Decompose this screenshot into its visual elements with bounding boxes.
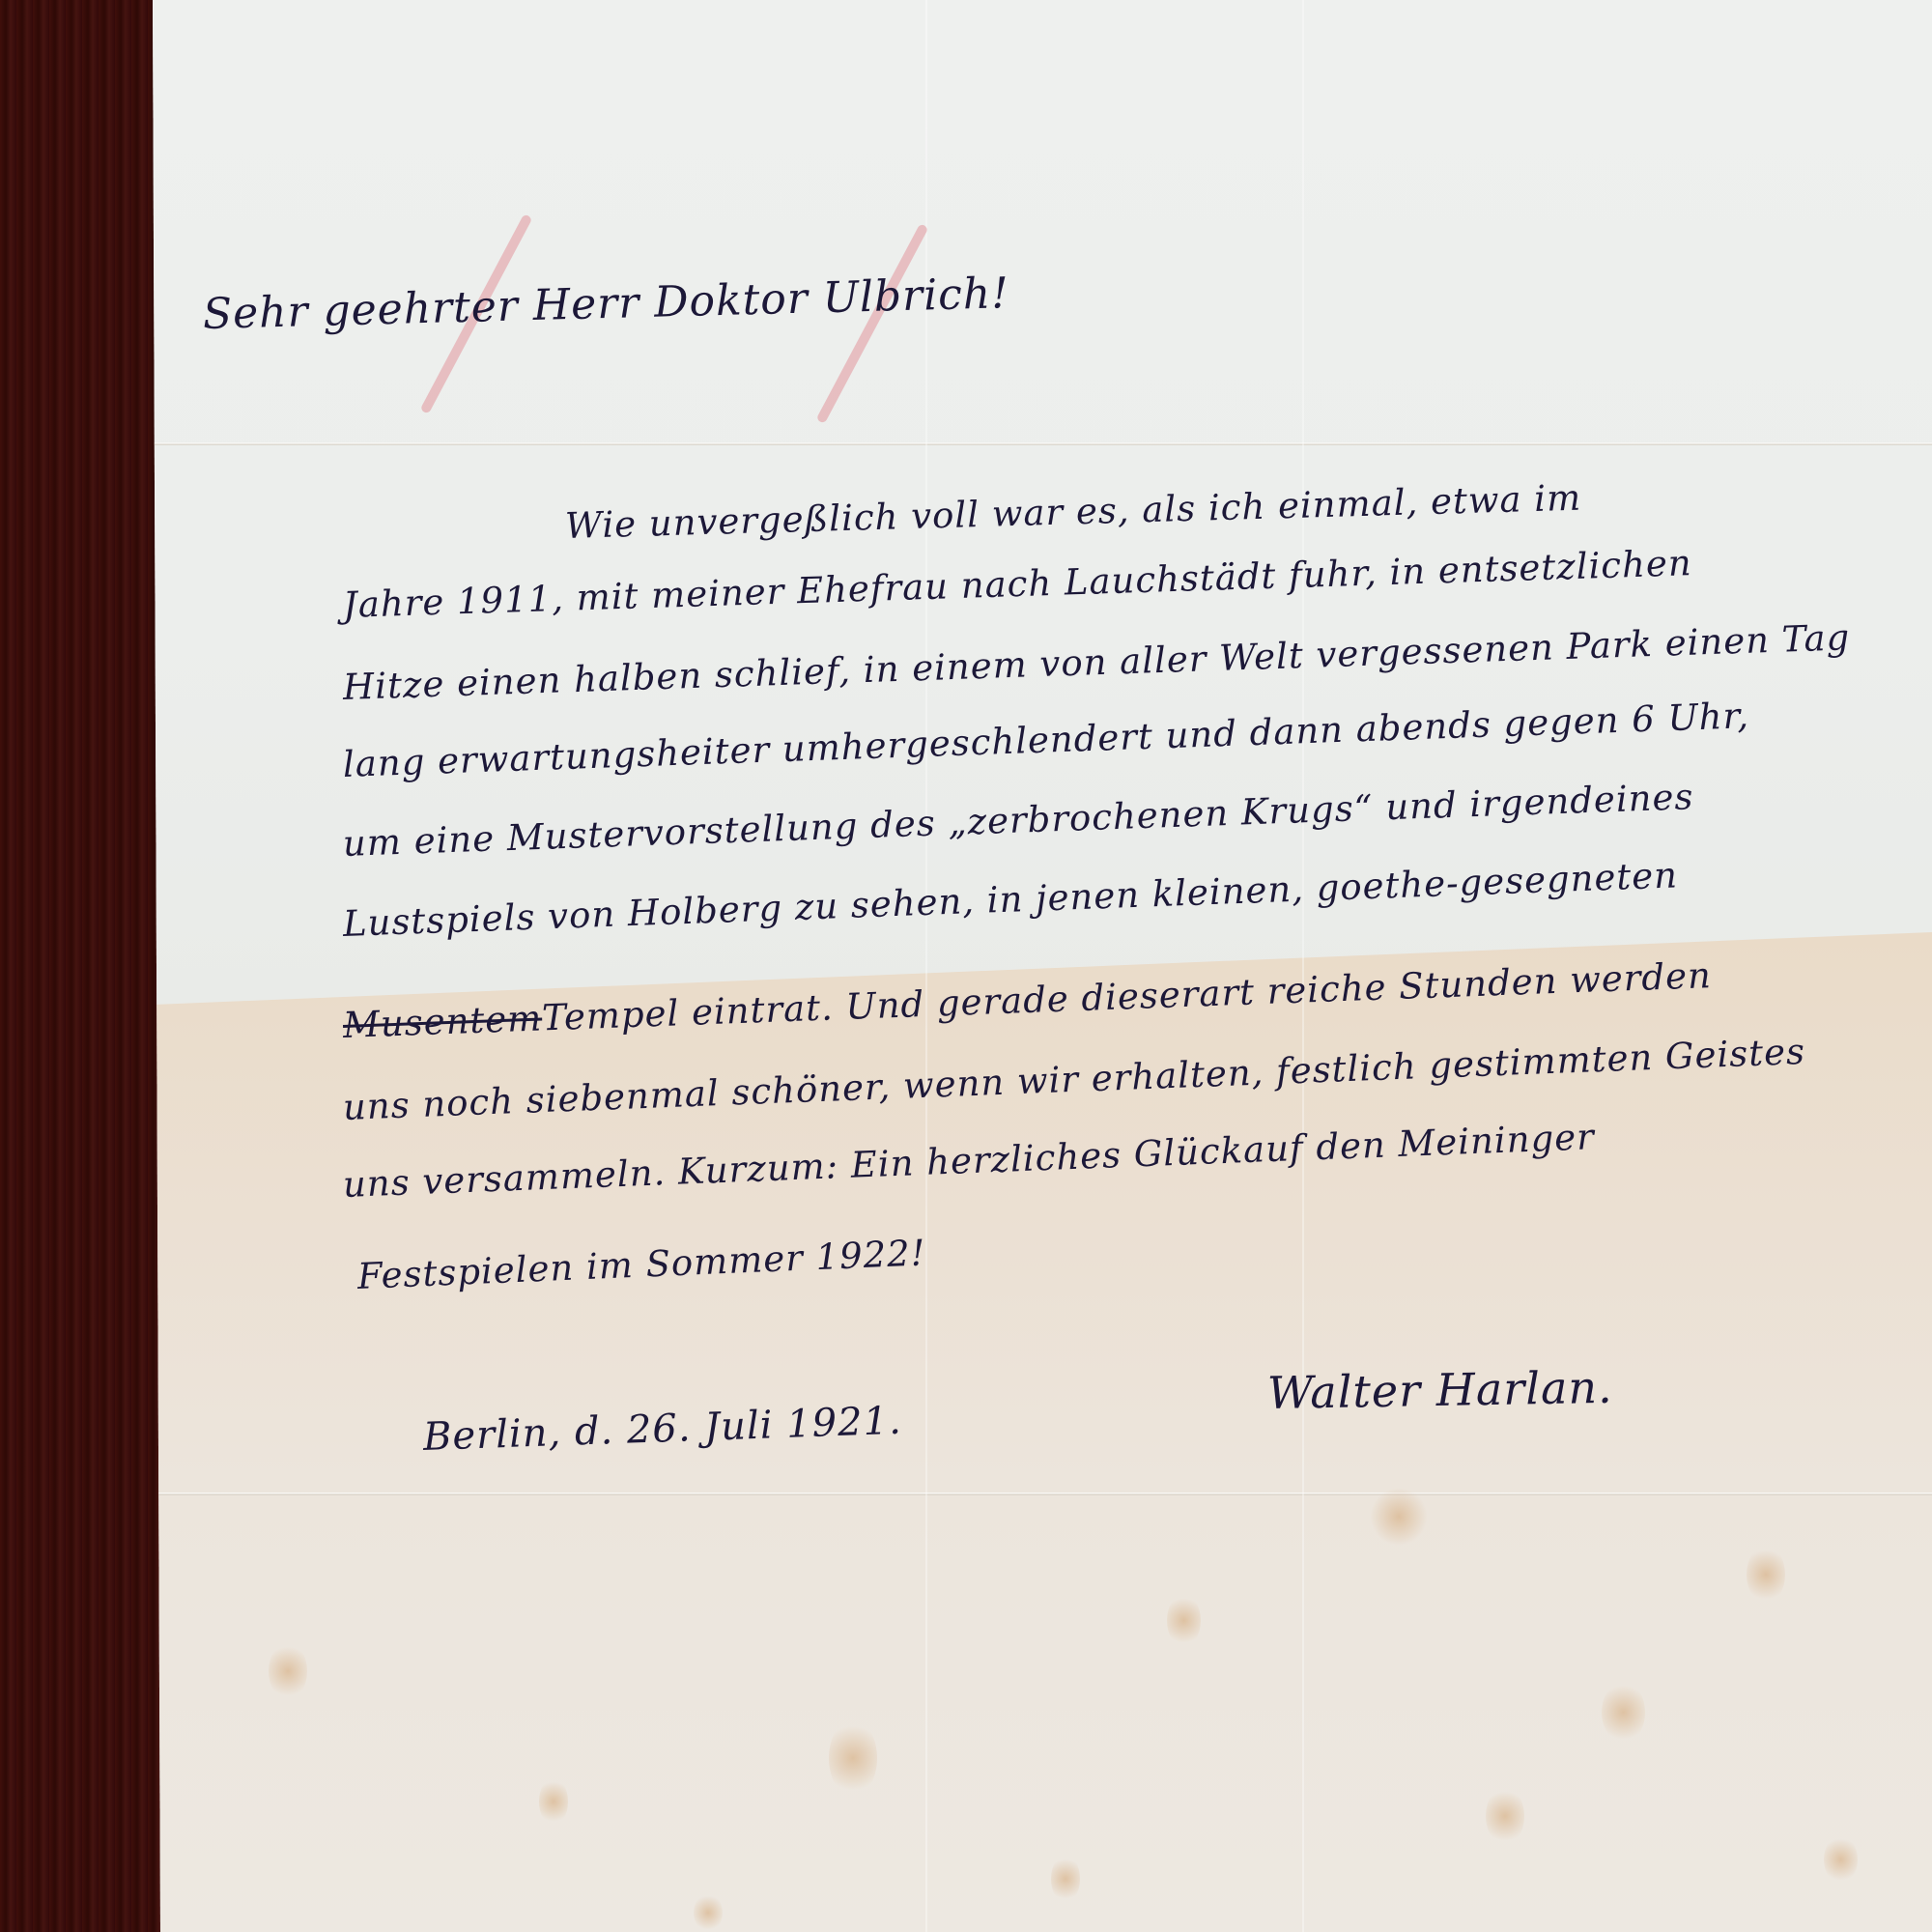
fold-crease-vertical bbox=[1302, 0, 1304, 1932]
foxing-stain bbox=[1167, 1594, 1201, 1647]
foxing-stain bbox=[1747, 1546, 1785, 1604]
foxing-stain bbox=[1051, 1855, 1080, 1903]
struck-through-word: Musentem bbox=[342, 997, 543, 1046]
foxing-stain bbox=[539, 1777, 568, 1826]
foxing-stain bbox=[1602, 1681, 1645, 1744]
foxing-stain bbox=[694, 1893, 723, 1932]
signature: Walter Harlan. bbox=[1267, 1361, 1614, 1419]
foxing-stain bbox=[1370, 1488, 1428, 1546]
foxing-stain bbox=[1824, 1835, 1858, 1884]
fold-crease-bottom bbox=[153, 1492, 1932, 1495]
wooden-table-background bbox=[0, 0, 164, 1932]
foxing-stain bbox=[269, 1642, 307, 1700]
fold-crease-top bbox=[153, 442, 1932, 445]
foxing-stain bbox=[1486, 1787, 1524, 1845]
foxing-stain bbox=[829, 1719, 877, 1797]
